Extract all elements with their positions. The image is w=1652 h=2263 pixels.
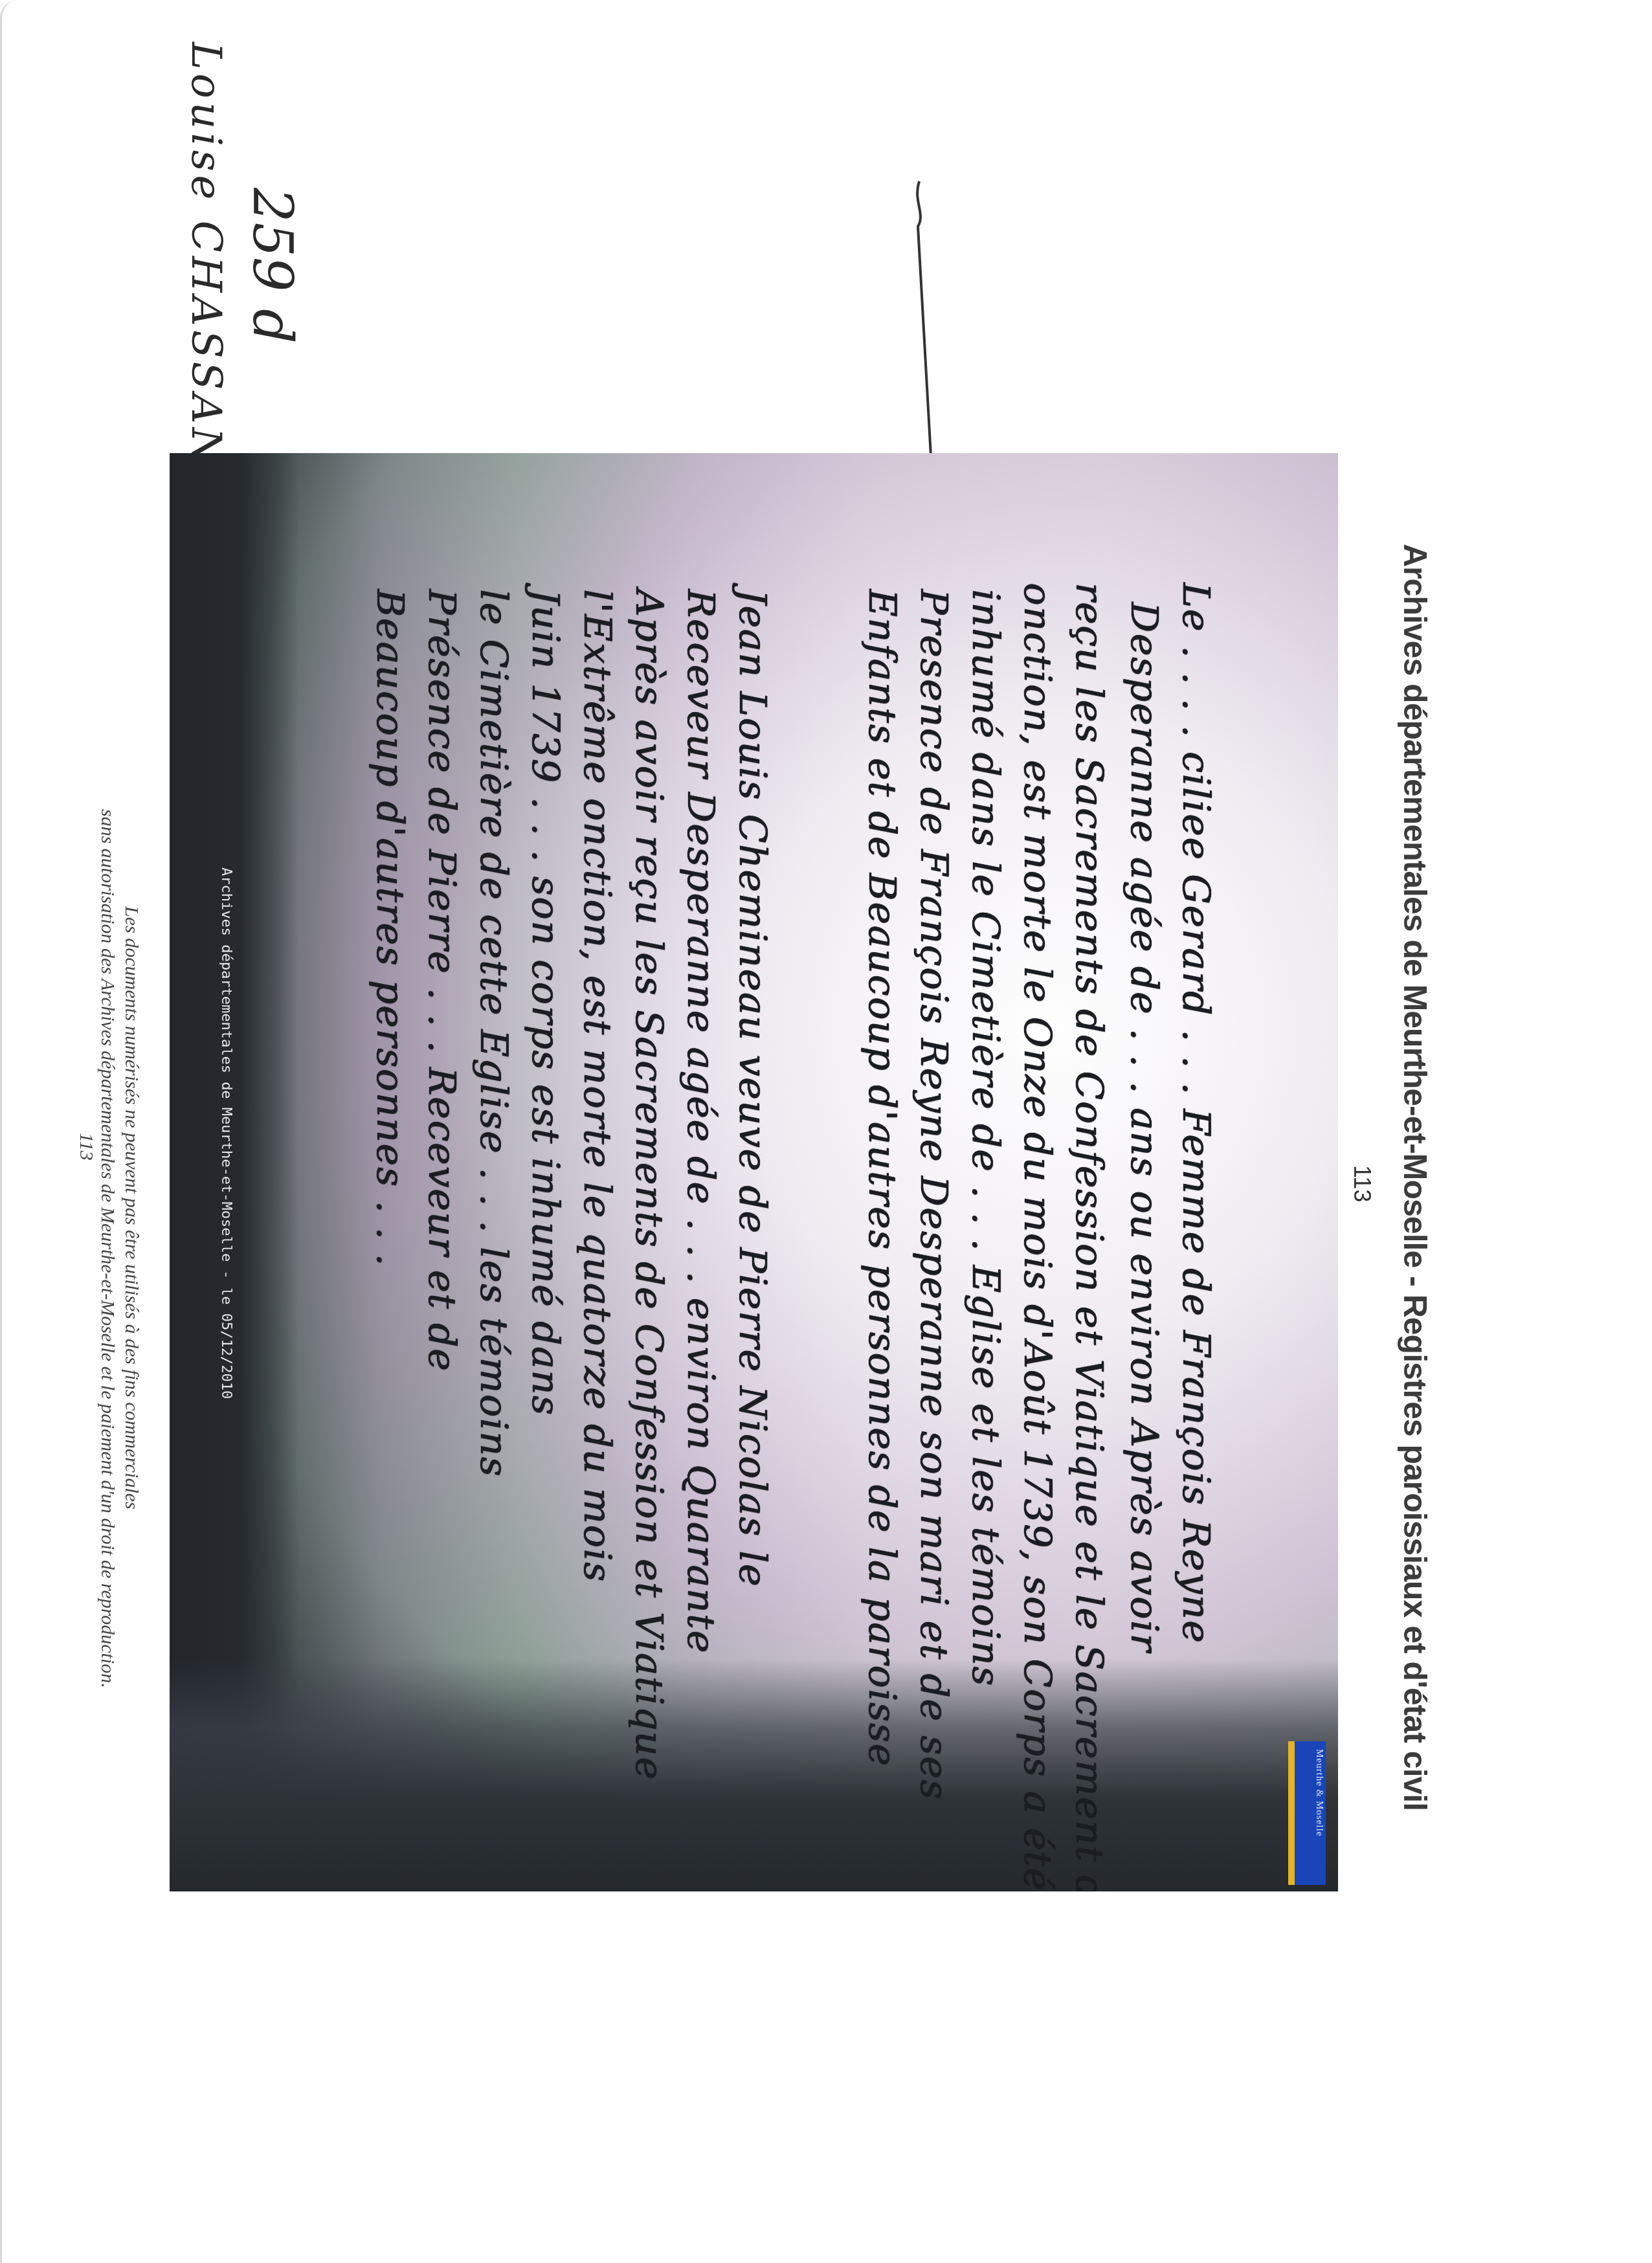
archive-stamp: Archives départementales de Meurthe-et-M… — [218, 867, 234, 1399]
manuscript-line: Après avoir reçu les Sacrements de Confe… — [627, 589, 671, 1781]
meurthe-et-moselle-logo-icon: Meurthe & Moselle — [1288, 1741, 1326, 1885]
scan-shadow-bottom — [170, 1658, 1338, 1891]
manuscript-line: Beaucoup d'autres personnes . . . — [368, 589, 412, 1267]
manuscript-line: Le . . . . ciliee Gerard . . . Femme de … — [1174, 583, 1218, 1644]
footer-line-2: sans autorisation des Archives départeme… — [96, 809, 118, 1688]
footer-line-1: Les documents numérisés ne peuvent pas ê… — [120, 906, 142, 1510]
archive-title: Archives départementales de Meurthe-et-M… — [1396, 544, 1434, 1811]
manuscript-line: Juin 1739 . . . son corps est inhumé dan… — [524, 589, 568, 1416]
page-number: 113 — [1348, 1165, 1376, 1202]
manuscript-line: Receveur Desperanne agée de . . . enviro… — [679, 589, 723, 1654]
manuscript-line: Enfants et de Beaucoup d'autres personne… — [860, 589, 904, 1767]
manuscript-line: Présence de Pierre . . . Receveur et de — [420, 589, 464, 1372]
name-annotation: Louise CHASSAND — [182, 42, 230, 505]
manuscript-scan: Le . . . . ciliee Gerard . . . Femme de … — [170, 453, 1338, 1891]
manuscript-line: le Cimetière de cette Eglise . . . les t… — [472, 589, 516, 1477]
manuscript-line: reçu les Sacrements de Confession et Via… — [1067, 583, 1111, 1891]
manuscript-line: Desperanne agée de . . . ans ou environ … — [1122, 602, 1166, 1653]
manuscript-line: Jean Louis Chemineau veuve de Pierre Nic… — [731, 589, 775, 1587]
manuscript-line: inhumé dans le Cimetière de . . . Eglise… — [964, 589, 1008, 1687]
manuscript-line: Presence de François Reyne Desperanne so… — [912, 589, 956, 1800]
manuscript-line: onction, est morte le Onze du mois d'Aoû… — [1016, 583, 1060, 1891]
manuscript-line: l'Extrême onction, est morte le quatorze… — [575, 589, 619, 1583]
reference-number-annotation: 259 d — [241, 188, 304, 344]
footer-page-number: 113 — [75, 1133, 97, 1161]
logo-text: Meurthe & Moselle — [1313, 1749, 1324, 1836]
